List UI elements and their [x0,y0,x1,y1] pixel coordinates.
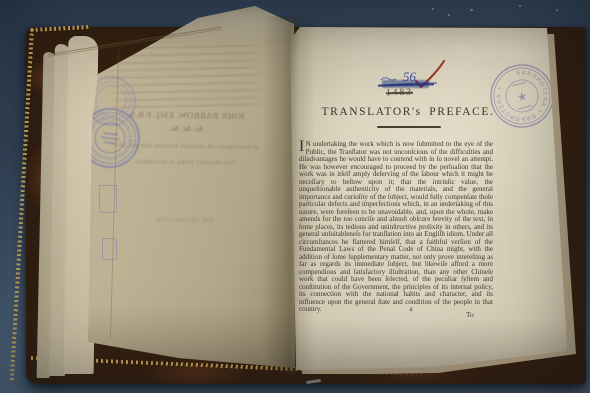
dropcap-letter: I [299,141,306,154]
bleedthrough-line: THE TRANSLATOR. [91,216,277,225]
right-page: 56 1483 TRANSLATOR's PREFACE. IN underta… [283,22,590,374]
cancelled-number: 1483 [386,88,413,98]
stamp-bleed-mark [99,185,117,213]
bleedthrough-line: &c. &c. &c. [93,123,279,134]
bleedthrough-line: THE PRESENT WORK IS INSCRIBED [92,158,278,167]
bleedthrough-line: IN TESTIMONY OF SINCERE ESTEEM AND REGAR… [92,142,278,151]
dust-speck [556,9,558,11]
dust-speck [432,8,434,10]
preface-body: undertaking the work which is now ſubmit… [299,140,493,313]
dust-speck [519,5,521,7]
dust-speck [448,14,450,16]
star-icon: ★ [516,90,529,104]
dust-speck [470,9,473,11]
stamp-bleed-mark [102,238,117,260]
catchword: To [466,310,474,319]
bleedthrough-line: JOHN BARROW, ESQ. F.R.S. [93,108,279,121]
preface-text: IN undertaking the work which is now ſub… [299,141,493,314]
bleedthrough-dedication: JOHN BARROW, ESQ. F.R.S. &c. &c. &c. IN … [91,96,280,249]
photo-of-open-book: JOHN BARROW, ESQ. F.R.S. &c. &c. &c. IN … [0,0,590,393]
title-rule-divider [377,126,441,128]
signature-mark: a [383,305,439,313]
